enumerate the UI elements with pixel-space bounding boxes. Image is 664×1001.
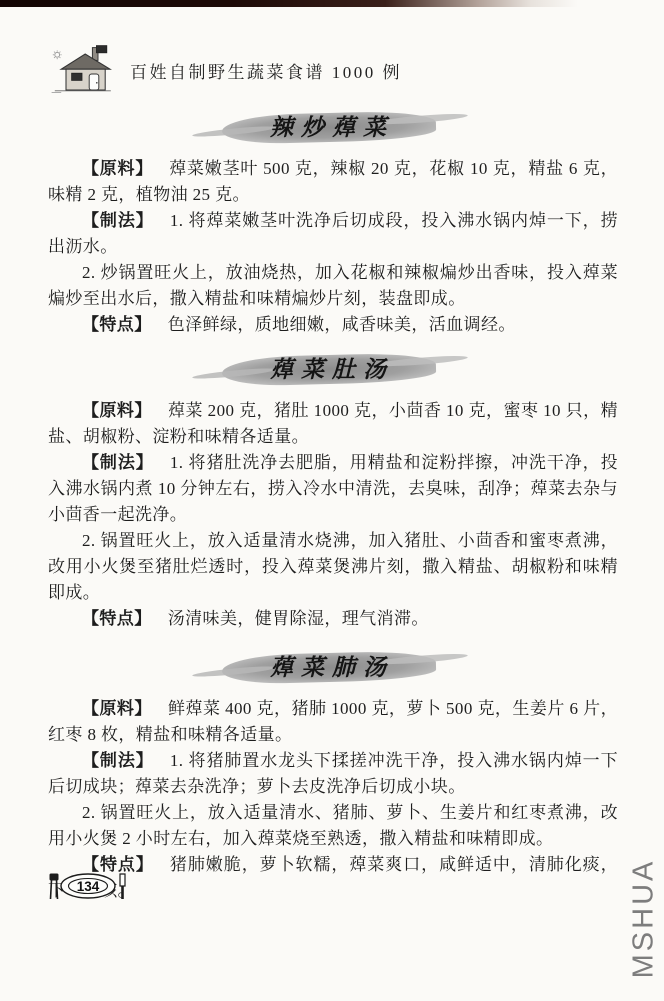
method-step-paragraph: 【制法】1. 将猪肺置水龙头下揉搓冲洗干净，投入沸水锅内焯一下后切成块；蔊菜去杂… xyxy=(48,748,618,800)
method-step-paragraph: 2. 炒锅置旺火上，放油烧热，加入花椒和辣椒煸炒出香味，投入蔊菜煸炒至出水后，撒… xyxy=(48,260,618,312)
method-step-paragraph: 【制法】1. 将猪肚洗净去肥脂，用精盐和淀粉拌擦，冲洗干净，投入沸水锅内煮 10… xyxy=(48,450,618,528)
features-paragraph: 【特点】汤清味美，健胃除湿，理气消滞。 xyxy=(48,606,618,632)
method-label: 【制法】 xyxy=(82,211,154,230)
recipe-2-title-banner: 蔊菜肚汤 xyxy=(214,350,450,390)
method-label: 【制法】 xyxy=(82,453,154,472)
recipe-2-body: 【原料】蔊菜 200 克，猪肚 1000 克，小茴香 10 克，蜜枣 10 只，… xyxy=(0,398,664,632)
recipe-1-body: 【原料】蔊菜嫩茎叶 500 克，辣椒 20 克，花椒 10 克，精盐 6 克，味… xyxy=(0,156,664,338)
features-text: 色泽鲜绿，质地细嫩，咸香味美，活血调经。 xyxy=(168,315,516,334)
ingredients-paragraph: 【原料】蔊菜 200 克，猪肚 1000 克，小茴香 10 克，蜜枣 10 只，… xyxy=(48,398,618,450)
recipe-3-title: 蔊菜肺汤 xyxy=(214,648,450,688)
recipe-1-title-banner: 辣炒蔊菜 xyxy=(214,108,450,148)
method-step-text: 2. 炒锅置旺火上，放油烧热，加入花椒和辣椒煸炒出香味，投入蔊菜煸炒至出水后，撒… xyxy=(48,263,618,308)
ingredients-label: 【原料】 xyxy=(82,699,152,718)
features-paragraph: 【特点】猪肺嫩脆，萝卜软糯，蔊菜爽口，咸鲜适中，清肺化痰，下气止咳。 xyxy=(48,852,618,904)
features-text: 汤清味美，健胃除湿，理气消滞。 xyxy=(168,609,429,628)
watermark: MSHUA xyxy=(624,843,664,993)
method-step-paragraph: 【制法】1. 将蔊菜嫩茎叶洗净后切成段，投入沸水锅内焯一下，捞出沥水。 xyxy=(48,208,618,260)
book-page: 百姓自制野生蔬菜食谱 1000 例 辣炒蔊菜 【原料】蔊菜嫩茎叶 500 克，辣… xyxy=(0,0,664,1001)
method-label: 【制法】 xyxy=(82,751,154,770)
ingredients-label: 【原料】 xyxy=(82,401,152,420)
method-step-paragraph: 2. 锅置旺火上，放入适量清水烧沸，加入猪肚、小茴香和蜜枣煮沸，改用小火煲至猪肚… xyxy=(48,528,618,606)
method-step-text: 2. 锅置旺火上，放入适量清水烧沸，加入猪肚、小茴香和蜜枣煮沸，改用小火煲至猪肚… xyxy=(48,531,618,602)
features-label: 【特点】 xyxy=(82,315,152,334)
page-number-badge: 134 xyxy=(44,870,132,909)
features-paragraph: 【特点】色泽鲜绿，质地细嫩，咸香味美，活血调经。 xyxy=(48,312,618,338)
page-number: 134 xyxy=(77,879,100,894)
house-icon xyxy=(50,44,114,96)
method-step-paragraph: 2. 锅置旺火上，放入适量清水、猪肺、萝卜、生姜片和红枣煮沸，改用小火煲 2 小… xyxy=(48,800,618,852)
method-step-text: 2. 锅置旺火上，放入适量清水、猪肺、萝卜、生姜片和红枣煮沸，改用小火煲 2 小… xyxy=(48,803,618,848)
recipe-2-title: 蔊菜肚汤 xyxy=(214,350,450,390)
recipe-3-title-banner: 蔊菜肺汤 xyxy=(214,648,450,688)
ingredients-label: 【原料】 xyxy=(82,159,153,178)
plate-fork-knife-icon: 134 xyxy=(44,870,132,904)
watermark-text: MSHUA xyxy=(628,858,661,978)
scan-edge-shadow xyxy=(0,0,664,7)
ingredients-paragraph: 【原料】蔊菜嫩茎叶 500 克，辣椒 20 克，花椒 10 克，精盐 6 克，味… xyxy=(48,156,618,208)
ingredients-paragraph: 【原料】鲜蔊菜 400 克，猪肺 1000 克，萝卜 500 克，生姜片 6 片… xyxy=(48,696,618,748)
features-label: 【特点】 xyxy=(82,609,152,628)
page-header: 百姓自制野生蔬菜食谱 1000 例 xyxy=(0,0,664,96)
recipe-1-title: 辣炒蔊菜 xyxy=(214,108,450,148)
book-title: 百姓自制野生蔬菜食谱 1000 例 xyxy=(130,58,402,83)
